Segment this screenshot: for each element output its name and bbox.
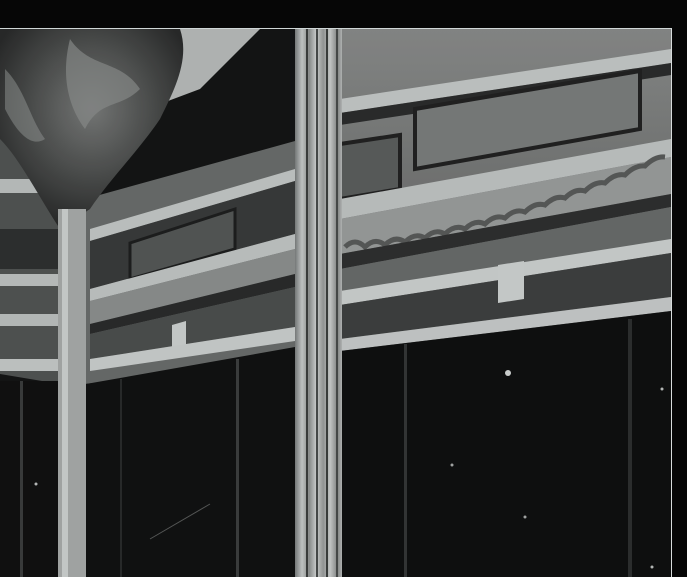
photograph — [0, 28, 672, 576]
photo-scene — [0, 29, 671, 576]
scan-border — [0, 0, 687, 576]
